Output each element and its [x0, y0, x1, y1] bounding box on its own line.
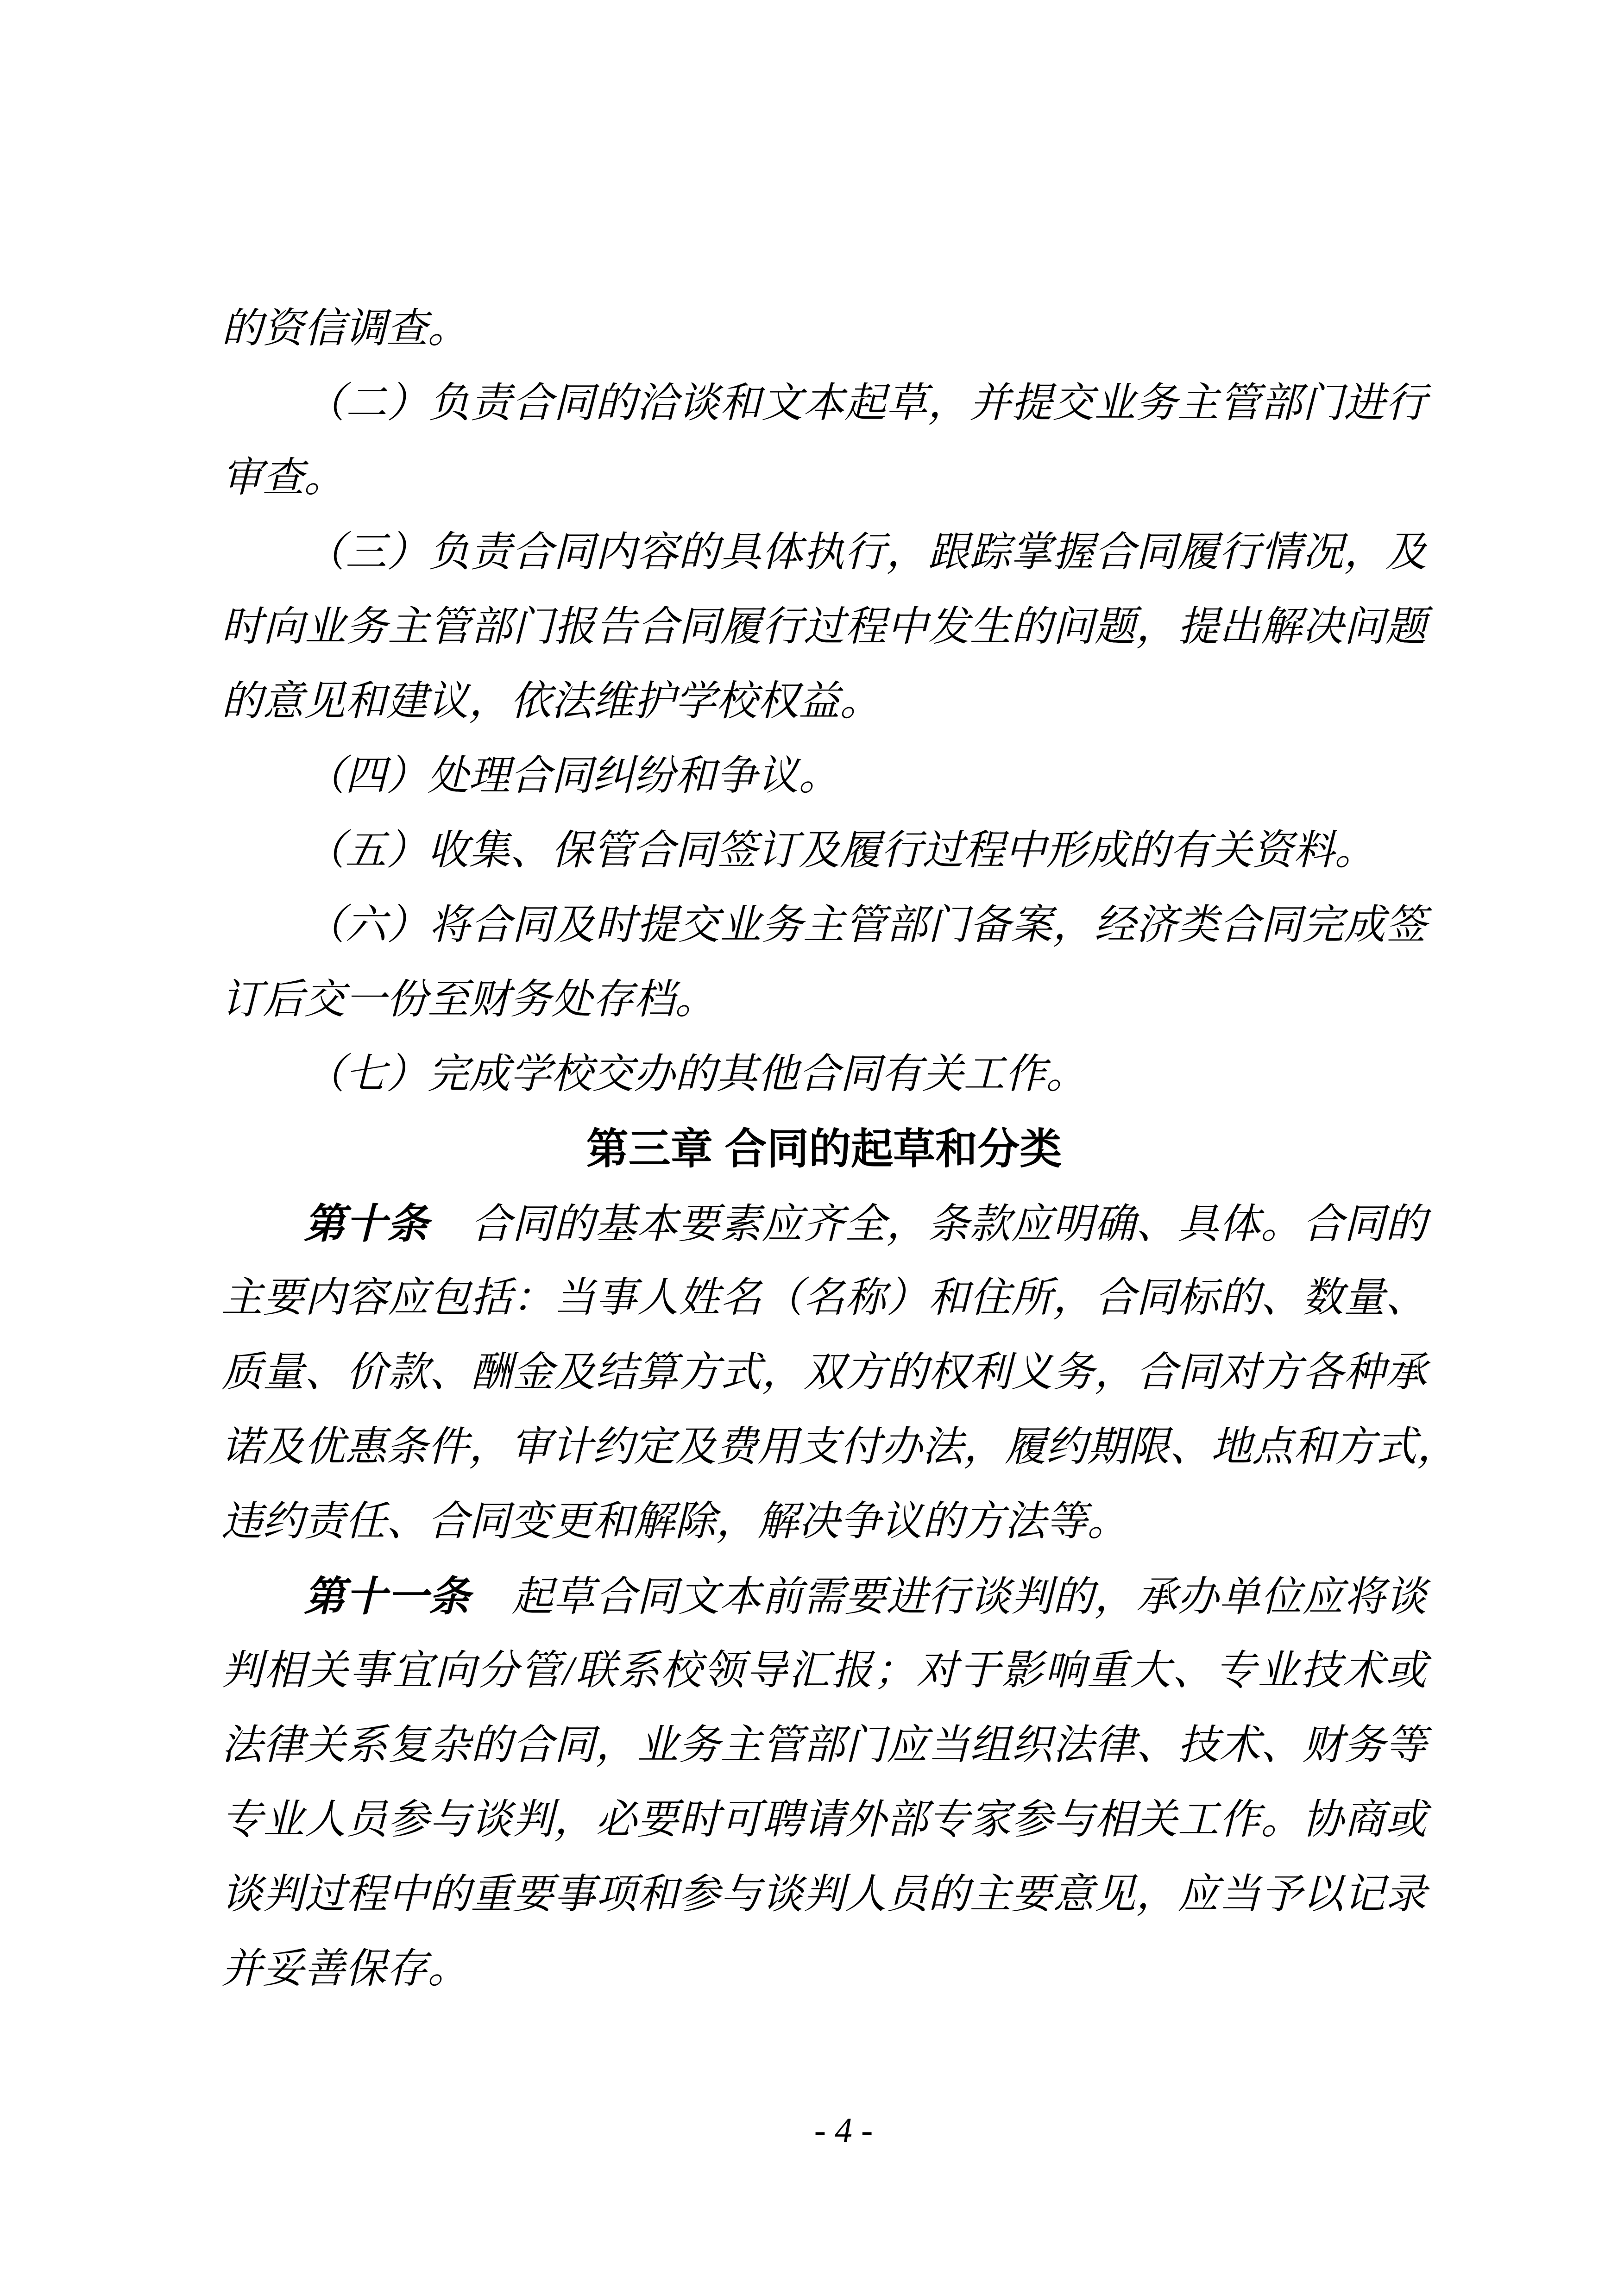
text-line: 诺及优惠条件，审计约定及费用支付办法，履约期限、地点和方式，: [221, 1410, 1427, 1485]
text-line: 第十条 合同的基本要素应齐全，条款应明确、具体。合同的: [221, 1186, 1427, 1261]
document-body: 的资信调查。 （二）负责合同的洽谈和文本起草，并提交业务主管部门进行 审查。 （…: [221, 292, 1427, 2007]
text-line: 的意见和建议，依法维护学校权益。: [221, 665, 1427, 739]
text-line: （四）处理合同纠纷和争议。: [221, 739, 1427, 814]
text-line: （六）将合同及时提交业务主管部门备案，经济类合同完成签: [221, 888, 1427, 963]
text-line: 专业人员参与谈判，必要时可聘请外部专家参与相关工作。协商或: [221, 1783, 1427, 1857]
text-line: （五）收集、保管合同签订及履行过程中形成的有关资料。: [221, 814, 1427, 888]
text-line: 违约责任、合同变更和解除，解决争议的方法等。: [221, 1485, 1427, 1559]
article-text: 合同的基本要素应齐全，条款应明确、具体。合同的: [428, 1202, 1427, 1247]
text-line: （二）负责合同的洽谈和文本起草，并提交业务主管部门进行: [221, 366, 1427, 441]
text-line: 并妥善保存。: [221, 1932, 1427, 2007]
article-number: 第十条: [304, 1200, 428, 1247]
text-line: 谈判过程中的重要事项和参与谈判人员的主要意见，应当予以记录: [221, 1857, 1427, 1932]
text-line: （三）负责合同内容的具体执行，跟踪掌握合同履行情况，及: [221, 515, 1427, 590]
article-text: 起草合同文本前需要进行谈判的，承办单位应将谈: [470, 1575, 1427, 1620]
article-number: 第十一条: [304, 1573, 470, 1619]
text-line: 质量、价款、酬金及结算方式，双方的权利义务，合同对方各种承: [221, 1336, 1427, 1410]
text-line: 的资信调查。: [221, 292, 1427, 366]
chapter-heading: 第三章 合同的起草和分类: [221, 1112, 1427, 1186]
text-line: 时向业务主管部门报告合同履行过程中发生的问题，提出解决问题: [221, 590, 1427, 665]
text-line: （七）完成学校交办的其他合同有关工作。: [221, 1037, 1427, 1112]
text-line: 审查。: [221, 441, 1427, 515]
document-page: 的资信调查。 （二）负责合同的洽谈和文本起草，并提交业务主管部门进行 审查。 （…: [0, 0, 1624, 2296]
text-line: 法律关系复杂的合同，业务主管部门应当组织法律、技术、财务等: [221, 1708, 1427, 1783]
text-line: 主要内容应包括：当事人姓名（名称）和住所，合同标的、数量、: [221, 1261, 1427, 1336]
text-line: 订后交一份至财务处存档。: [221, 963, 1427, 1037]
page-number: - 4 -: [241, 2093, 1446, 2168]
text-line: 第十一条 起草合同文本前需要进行谈判的，承办单位应将谈: [221, 1559, 1427, 1634]
text-line: 判相关事宜向分管/联系校领导汇报；对于影响重大、专业技术或: [221, 1634, 1427, 1708]
